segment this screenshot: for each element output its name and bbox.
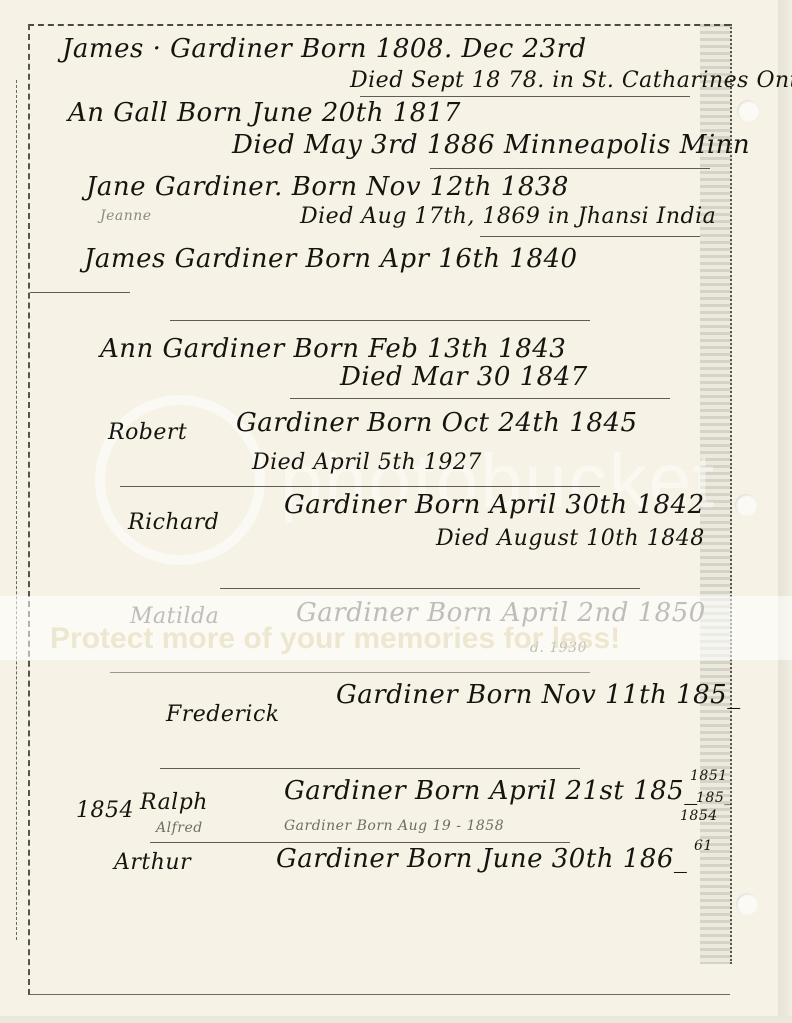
entry-7-died-line: Died August 10th 1848 [436,526,705,551]
entry-9-given-name: Frederick [166,702,280,727]
divider [170,320,590,321]
entry-9-born-line: Gardiner Born Nov 11th 185_ [336,680,741,710]
sheet-right-margin [778,0,792,1023]
entry-10-margin-note-3: 1854 [680,808,718,824]
entry-7-given-name: Richard [128,510,219,535]
divider [430,168,710,169]
entry-1-died-line: Died Sept 18 78. in St. Catharines Ont. [350,68,792,93]
entry-12-margin-note: 61 [694,838,713,854]
divider [480,236,700,237]
entry-4-name-line: James Gardiner Born Apr 16th 1840 [84,244,578,274]
entry-6-died-line: Died April 5th 1927 [252,450,482,475]
entry-3-name-line: Jane Gardiner. Born Nov 12th 1838 [86,172,569,202]
entry-10-born-line: Gardiner Born April 21st 185_ [284,776,698,806]
entry-11-given-name: Alfred [156,820,203,836]
entry-10-given-name: Ralph [140,790,208,815]
entry-5-died-line: Died Mar 30 1847 [340,362,588,392]
divider [220,588,640,589]
left-binding-edge [16,80,31,940]
divider [150,842,570,843]
entry-7-born-line: Gardiner Born April 30th 1842 [284,490,705,520]
entry-10-margin-note-2: 185_ [696,790,732,806]
entry-2-died-line: Died May 3rd 1886 Minneapolis Minn [232,130,750,160]
punch-hole-middle [735,494,757,516]
divider [110,672,590,673]
sheet-bottom-margin [0,1016,792,1023]
entry-2-name-line: An Gall Born June 20th 1817 [68,98,461,128]
divider [30,292,130,293]
divider [360,96,690,97]
entry-1-name-line: James · Gardiner Born 1808. Dec 23rd [62,34,587,64]
entry-5-name-line: Ann Gardiner Born Feb 13th 1843 [100,334,566,364]
entry-10-year-margin: 1854 [76,798,134,823]
entry-3-alt-name: Jeanne [100,208,152,224]
punch-hole-top [737,100,759,122]
divider [160,768,580,769]
entry-12-given-name: Arthur [114,850,191,875]
entry-6-given-name: Robert [108,420,187,445]
entry-11-born-line: Gardiner Born Aug 19 - 1858 [284,818,504,834]
entry-6-born-line: Gardiner Born Oct 24th 1845 [236,408,637,438]
entry-10-margin-note-1: 1851 [690,768,728,784]
divider [120,486,600,487]
punch-hole-bottom [736,893,758,915]
divider [290,398,670,399]
entry-12-born-line: Gardiner Born June 30th 186_ [276,844,687,874]
watermark-banner-text: Protect more of your memories for less! [50,622,770,656]
entry-3-died-line: Died Aug 17th, 1869 in Jhansi India [300,204,716,229]
